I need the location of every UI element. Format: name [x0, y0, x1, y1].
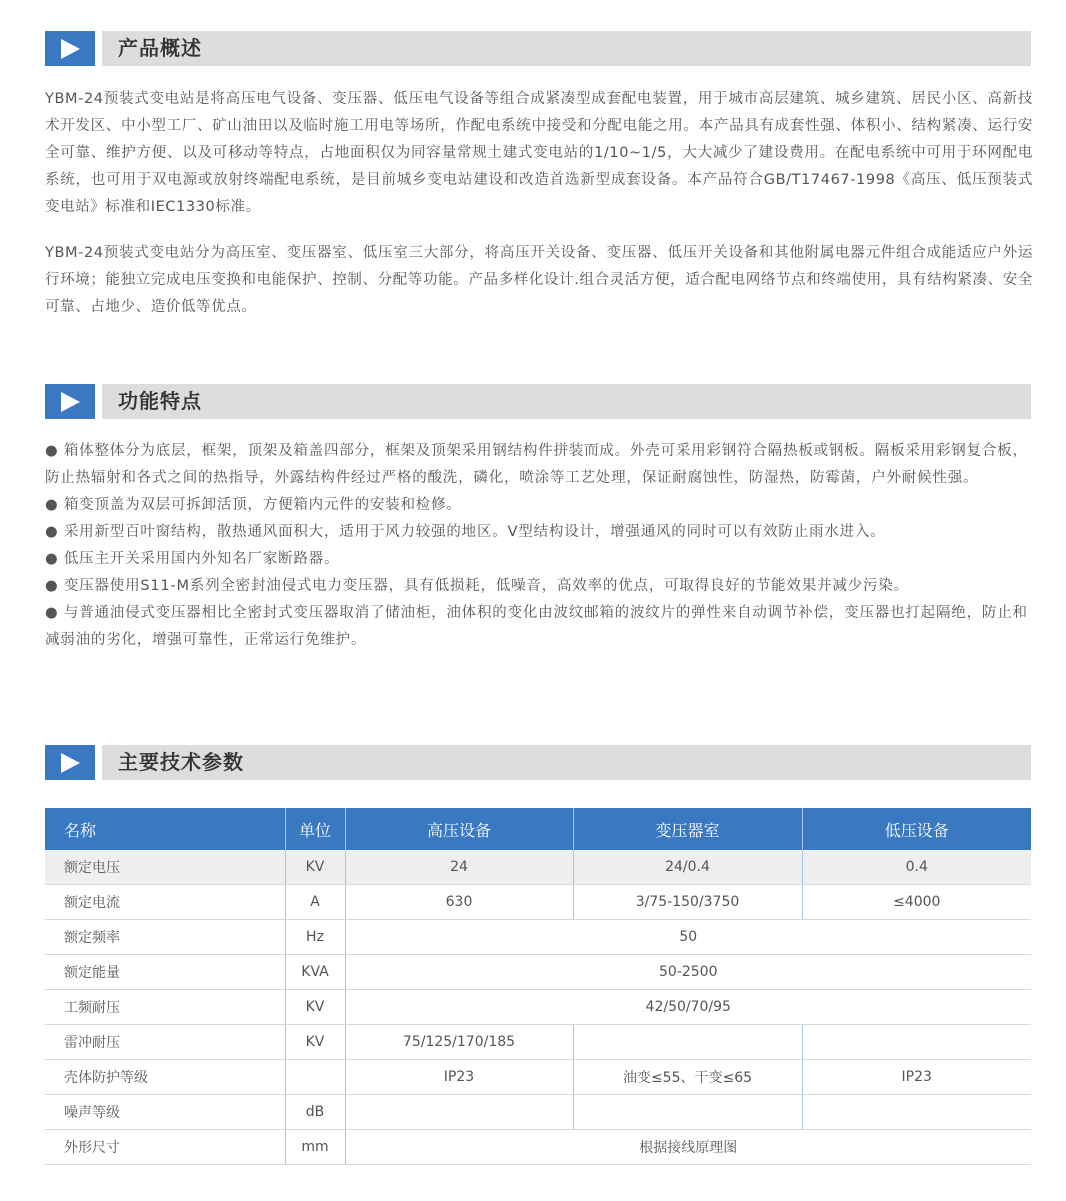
- cell-unit: Hz: [285, 920, 345, 955]
- cell-transformer: 油变≤55、干变≤65: [573, 1060, 802, 1095]
- cell-name: 额定电压: [45, 850, 285, 885]
- cell-unit: KV: [285, 990, 345, 1025]
- feature-item: ● 采用新型百叶窗结构，散热通风面积大，适用于风力较强的地区。V型结构设计，增强…: [45, 519, 1033, 546]
- table-row: 工频耐压 KV 42/50/70/95: [45, 990, 1031, 1025]
- cell-lv: 0.4: [802, 850, 1031, 885]
- table-row: 壳体防护等级 IP23 油变≤55、干变≤65 IP23: [45, 1060, 1031, 1095]
- section-header-bar: [102, 31, 1031, 66]
- feature-item: ● 箱体整体分为底层，框架，顶架及箱盖四部分，框架及顶架采用钢结构件拼装而成。外…: [45, 438, 1033, 492]
- feature-item: ● 低压主开关采用国内外知名厂家断路器。: [45, 546, 1033, 573]
- overview-paragraph-1: YBM-24预装式变电站是将高压电气设备、变压器、低压电气设备等组合成紧凑型成套…: [45, 86, 1033, 221]
- section-title: 功能特点: [118, 384, 202, 419]
- cell-hv: IP23: [345, 1060, 573, 1095]
- bullet-icon: ●: [45, 578, 58, 594]
- cell-name: 外形尺寸: [45, 1130, 285, 1165]
- cell-unit: mm: [285, 1130, 345, 1165]
- cell-name: 额定能量: [45, 955, 285, 990]
- table-row: 额定能量 KVA 50-2500: [45, 955, 1031, 990]
- table-row: 噪声等级 dB: [45, 1095, 1031, 1130]
- bullet-icon: ●: [45, 443, 58, 459]
- spec-table: 名称 单位 高压设备 变压器室 低压设备 额定电压 KV 24 24/0.4 0…: [45, 808, 1031, 1165]
- table-header-row: 名称 单位 高压设备 变压器室 低压设备: [45, 808, 1031, 850]
- section-header-specs: 主要技术参数: [45, 745, 1031, 780]
- features-list: ● 箱体整体分为底层，框架，顶架及箱盖四部分，框架及顶架采用钢结构件拼装而成。外…: [45, 438, 1033, 654]
- col-header-hv: 高压设备: [345, 808, 573, 850]
- feature-item: ● 箱变顶盖为双层可拆卸活顶，方便箱内元件的安装和检修。: [45, 492, 1033, 519]
- cell-name: 额定频率: [45, 920, 285, 955]
- cell-name: 工频耐压: [45, 990, 285, 1025]
- cell-merged: 42/50/70/95: [345, 990, 1031, 1025]
- cell-hv: 75/125/170/185: [345, 1025, 573, 1060]
- cell-unit: dB: [285, 1095, 345, 1130]
- cell-hv: 630: [345, 885, 573, 920]
- bullet-icon: ●: [45, 524, 58, 540]
- section-header-features: 功能特点: [45, 384, 1031, 419]
- cell-merged: 根据接线原理图: [345, 1130, 1031, 1165]
- cell-merged: 50: [345, 920, 1031, 955]
- cell-hv: [345, 1095, 573, 1130]
- cell-name: 额定电流: [45, 885, 285, 920]
- play-arrow-icon: [61, 392, 80, 412]
- table-row: 额定频率 Hz 50: [45, 920, 1031, 955]
- bullet-icon: ●: [45, 605, 58, 621]
- table-row: 额定电流 A 630 3/75-150/3750 ≤4000: [45, 885, 1031, 920]
- section-marker: [45, 745, 95, 780]
- section-marker: [45, 31, 95, 66]
- cell-transformer: 3/75-150/3750: [573, 885, 802, 920]
- table-row: 额定电压 KV 24 24/0.4 0.4: [45, 850, 1031, 885]
- cell-lv: ≤4000: [802, 885, 1031, 920]
- table-row: 雷冲耐压 KV 75/125/170/185: [45, 1025, 1031, 1060]
- cell-lv: [802, 1095, 1031, 1130]
- cell-hv: 24: [345, 850, 573, 885]
- col-header-transformer: 变压器室: [573, 808, 802, 850]
- cell-merged: 50-2500: [345, 955, 1031, 990]
- overview-paragraph-2: YBM-24预装式变电站分为高压室、变压器室、低压室三大部分，将高压开关设备、变…: [45, 240, 1033, 321]
- feature-item: ● 与普通油侵式变压器相比全密封式变压器取消了储油柜，油体积的变化由波纹邮箱的波…: [45, 600, 1033, 654]
- cell-name: 壳体防护等级: [45, 1060, 285, 1095]
- cell-transformer: [573, 1095, 802, 1130]
- cell-lv: [802, 1025, 1031, 1060]
- col-header-unit: 单位: [285, 808, 345, 850]
- cell-unit: KV: [285, 1025, 345, 1060]
- cell-unit: KVA: [285, 955, 345, 990]
- cell-name: 雷冲耐压: [45, 1025, 285, 1060]
- section-header-bar: [102, 384, 1031, 419]
- cell-unit: [285, 1060, 345, 1095]
- cell-lv: IP23: [802, 1060, 1031, 1095]
- play-arrow-icon: [61, 753, 80, 773]
- cell-unit: A: [285, 885, 345, 920]
- section-title: 主要技术参数: [118, 745, 244, 780]
- cell-transformer: 24/0.4: [573, 850, 802, 885]
- section-marker: [45, 384, 95, 419]
- cell-unit: KV: [285, 850, 345, 885]
- section-title: 产品概述: [118, 31, 202, 66]
- bullet-icon: ●: [45, 551, 58, 567]
- col-header-lv: 低压设备: [802, 808, 1031, 850]
- play-arrow-icon: [61, 39, 80, 59]
- section-header-overview: 产品概述: [45, 31, 1031, 66]
- cell-name: 噪声等级: [45, 1095, 285, 1130]
- feature-item: ● 变压器使用S11-M系列全密封油侵式电力变压器，具有低损耗，低噪音，高效率的…: [45, 573, 1033, 600]
- cell-transformer: [573, 1025, 802, 1060]
- table-row: 外形尺寸 mm 根据接线原理图: [45, 1130, 1031, 1165]
- col-header-name: 名称: [45, 808, 285, 850]
- bullet-icon: ●: [45, 497, 58, 513]
